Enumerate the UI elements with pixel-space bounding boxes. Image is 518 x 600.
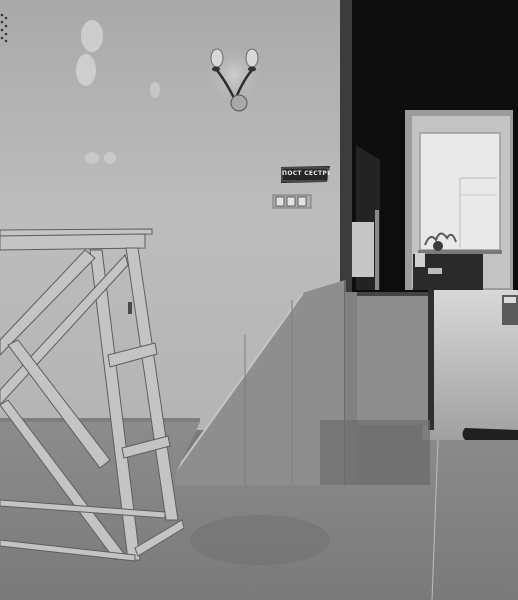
nurse-station-sign-text: ПОСТ СЕСТРЫ xyxy=(282,167,330,181)
light-switch-panel xyxy=(273,195,311,208)
photo-illustration xyxy=(0,0,518,600)
photo-scene: ПОСТ СЕСТРЫ xyxy=(0,0,518,600)
corridor-floor xyxy=(422,290,518,444)
corridor-window xyxy=(418,133,502,254)
